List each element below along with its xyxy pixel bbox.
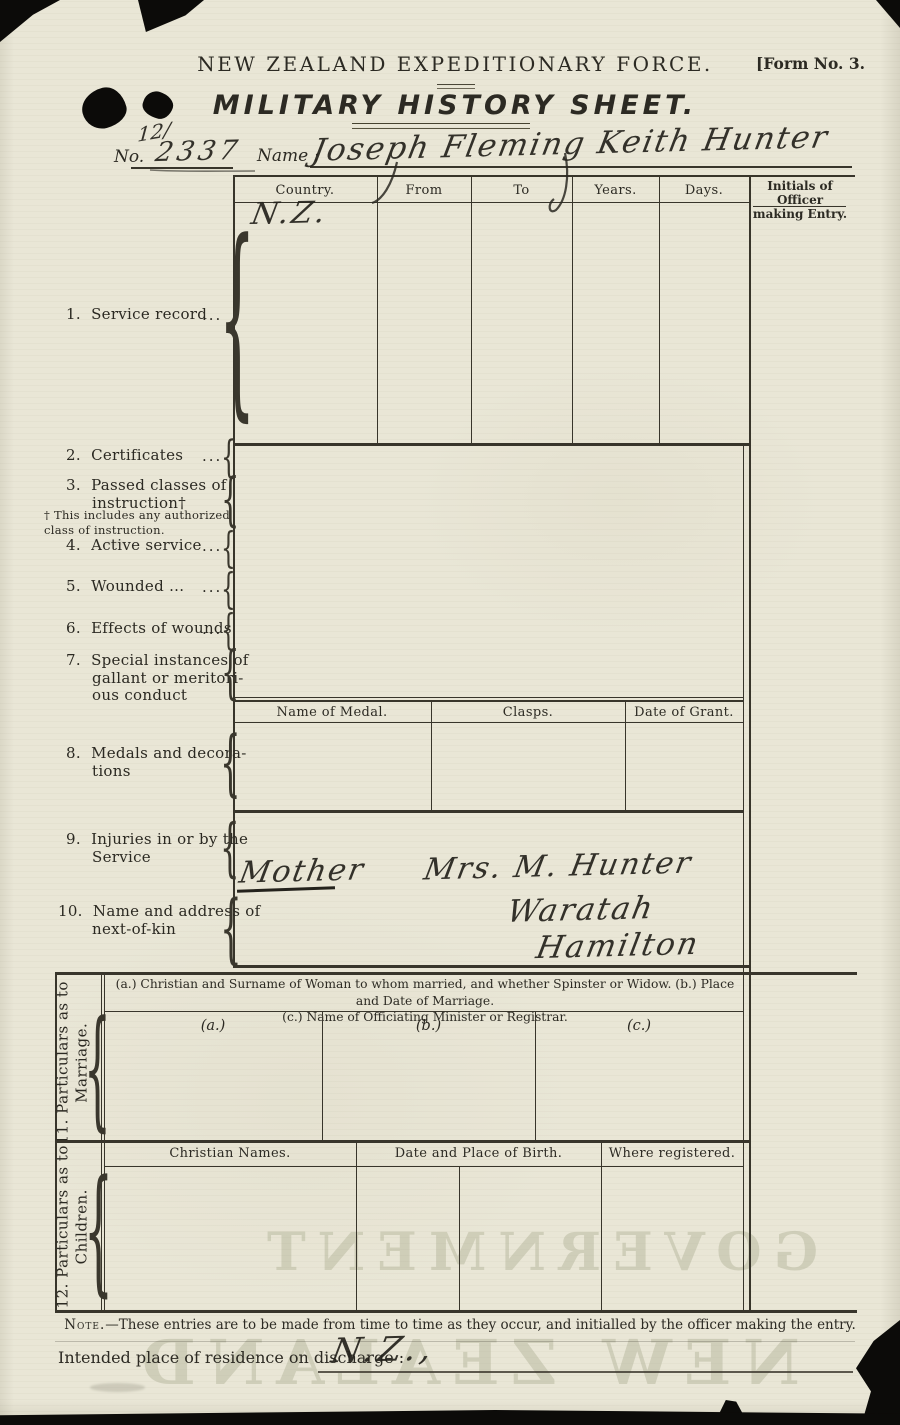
country-entry-handwriting: N.Z. xyxy=(249,195,332,232)
medal-header-date: Date of Grant. xyxy=(625,705,743,720)
medal-table-top-border xyxy=(233,700,743,702)
col-divider-country-from xyxy=(377,175,378,443)
footer-faint-rule xyxy=(55,1341,855,1342)
item-6-dots: ... xyxy=(202,620,222,638)
smudge-mark xyxy=(105,540,125,546)
watermark-government: GOVERNMENT xyxy=(255,1222,818,1283)
col-header-years: Years. xyxy=(572,183,659,198)
children-header-birth: Date and Place of Birth. xyxy=(356,1146,601,1161)
residence-underline xyxy=(318,1371,853,1373)
content-right-border xyxy=(743,443,744,1311)
military-history-sheet: GOVERNMENT NEW ZEALAND NEW ZEALAND EXPED… xyxy=(0,0,900,1425)
item-4-active-service: 4. Active service xyxy=(66,537,202,555)
col-divider-from-to xyxy=(471,175,472,443)
marriage-col-b-label: (b.) xyxy=(322,1018,535,1034)
children-brace: { xyxy=(84,1162,113,1299)
children-header-underline xyxy=(104,1166,743,1167)
item-5-wounded: 5. Wounded ... xyxy=(66,578,184,596)
marriage-col-c-label: (c.) xyxy=(535,1018,743,1034)
children-header-registered: Where registered. xyxy=(601,1146,743,1161)
item-4-dots: ... xyxy=(202,537,222,555)
nok-name-handwriting: Mrs. M. Hunter xyxy=(421,846,695,888)
item-2-dots: ... xyxy=(202,447,222,465)
item-5-brace: { xyxy=(221,568,236,610)
nok-address-line2-handwriting: Hamilton xyxy=(533,926,702,966)
item-3-brace: { xyxy=(221,470,239,528)
marriage-brace: { xyxy=(84,1004,111,1134)
marriage-header-underline xyxy=(104,1011,743,1012)
children-section-top-border xyxy=(55,1140,750,1143)
children-divider-names-birth xyxy=(356,1140,357,1310)
nok-address-line1-handwriting: Waratah xyxy=(504,890,657,930)
col-header-days: Days. xyxy=(659,183,749,198)
children-birth-subdivider xyxy=(459,1166,460,1310)
service-table-bottom-border xyxy=(233,443,750,446)
col-divider-to-years xyxy=(572,175,573,443)
form-number: [Form No. 3. xyxy=(756,54,865,73)
children-header-names: Christian Names. xyxy=(104,1146,356,1161)
item-10-brace: { xyxy=(220,890,242,966)
item-3-footnote: † This includes any authorized class of … xyxy=(44,508,230,538)
service-table-top-border xyxy=(233,175,855,177)
item-7-brace: { xyxy=(221,643,239,701)
marriage-section-top-border xyxy=(55,972,857,975)
residence-value-handwriting: N.Z., xyxy=(328,1329,439,1372)
col-header-initials-line2: making Entry. xyxy=(752,207,848,221)
smudge-mark xyxy=(90,1383,145,1392)
no-label: No. xyxy=(114,147,144,167)
nok-relation-handwriting: Mother xyxy=(236,852,367,890)
medal-table-bottom-border xyxy=(233,810,743,813)
children-divider-birth-registered xyxy=(601,1140,602,1310)
item-4-brace: { xyxy=(221,527,236,569)
children-section-bottom-border xyxy=(55,1310,857,1313)
col-header-initials: Initials of Officer making Entry. xyxy=(752,179,848,221)
service-number: 2337 xyxy=(153,135,244,168)
footer-note: Note.—These entries are to be made from … xyxy=(60,1317,860,1333)
medal-header-clasps: Clasps. xyxy=(431,705,625,720)
item-9-brace: { xyxy=(220,816,240,880)
medal-header-name: Name of Medal. xyxy=(233,705,431,720)
item-1-brace: { xyxy=(219,214,255,423)
page-title: MILITARY HISTORY SHEET. xyxy=(5,90,900,121)
item-2-certificates: 2. Certificates xyxy=(66,447,183,465)
item-5-dots: ... xyxy=(202,578,222,596)
item-8-brace: { xyxy=(220,726,241,798)
col-header-to: To xyxy=(471,183,572,198)
col-divider-years-days xyxy=(659,175,660,443)
marriage-col-a-label: (a.) xyxy=(104,1018,322,1034)
medal-table-header-underline xyxy=(233,722,743,723)
item-1-service-record: 1. Service record xyxy=(66,306,207,324)
col-header-from: From xyxy=(377,183,471,198)
header-divider-dash xyxy=(437,84,475,89)
col-header-initials-line1: Initials of Officer xyxy=(752,179,848,207)
medal-table-top-border-thin xyxy=(233,697,743,698)
nok-box-bottom-border xyxy=(233,965,750,968)
